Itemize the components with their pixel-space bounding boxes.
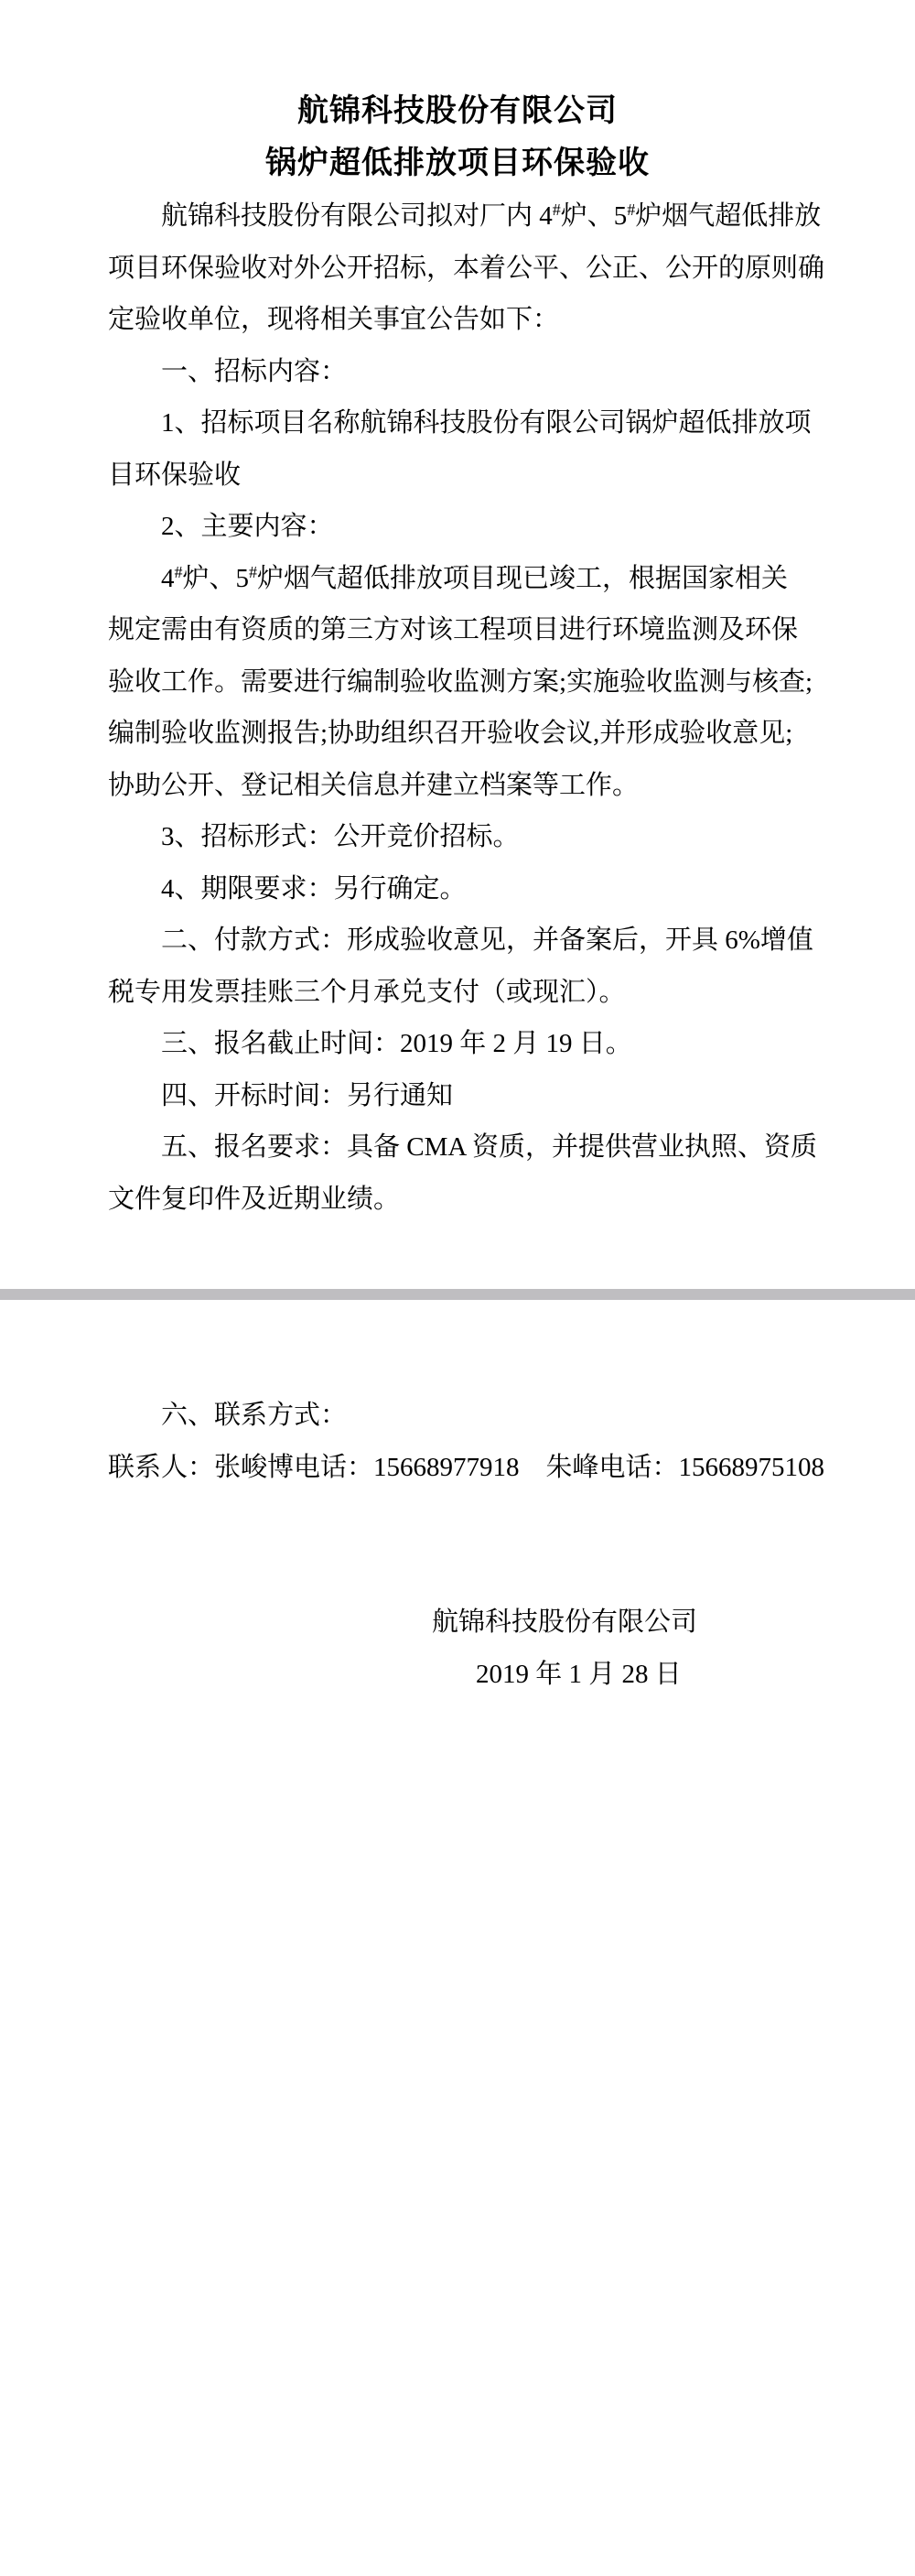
title-line-1: 航锦科技股份有限公司 xyxy=(0,85,915,137)
body-line: 三、报名截止时间：2019 年 2 月 19 日。 xyxy=(108,1018,831,1070)
body-line: 协助公开、登记相关信息并建立档案等工作。 xyxy=(108,760,831,812)
signature-company: 航锦科技股份有限公司 xyxy=(432,1596,697,1649)
superscript-hash: # xyxy=(627,200,635,219)
body-line: 一、招标内容： xyxy=(108,346,831,398)
body-line: 文件复印件及近期业绩。 xyxy=(108,1174,831,1226)
body-line: 二、付款方式：形成验收意见，并备案后，开具 6%增值 xyxy=(108,915,831,967)
body-line: 规定需由有资质的第三方对该工程项目进行环境监测及环保 xyxy=(108,604,831,656)
body-line: 编制验收监测报告;协助组织召开验收会议,并形成验收意见; xyxy=(108,708,831,760)
body-line: 4#炉、5#炉烟气超低排放项目现已竣工，根据国家相关 xyxy=(108,553,831,605)
contact-section: 六、联系方式： 联系人：张峻博电话：15668977918 朱峰电话：15668… xyxy=(108,1390,831,1493)
page-break-divider xyxy=(0,1289,915,1300)
body-line: 税专用发票挂账三个月承兑支付（或现汇）。 xyxy=(108,967,831,1019)
title-line-2: 锅炉超低排放项目环保验收 xyxy=(0,137,915,189)
contact-heading: 六、联系方式： xyxy=(108,1390,831,1442)
body-line: 验收工作。需要进行编制验收监测方案;实施验收监测与核查; xyxy=(108,656,831,709)
body-line: 2、主要内容： xyxy=(108,501,831,553)
body-line: 定验收单位，现将相关事宜公告如下： xyxy=(108,294,831,346)
superscript-hash: # xyxy=(553,200,561,219)
body-line: 目环保验收 xyxy=(108,449,831,502)
body-line: 3、招标形式：公开竞价招标。 xyxy=(108,811,831,863)
body-line: 1、招标项目名称航锦科技股份有限公司锅炉超低排放项 xyxy=(108,397,831,449)
body-line: 项目环保验收对外公开招标，本着公平、公正、公开的原则确 xyxy=(108,243,831,295)
body-line: 航锦科技股份有限公司拟对厂内 4#炉、5#炉烟气超低排放 xyxy=(108,190,831,243)
body-line: 4、期限要求：另行确定。 xyxy=(108,863,831,915)
contact-line: 联系人：张峻博电话：15668977918 朱峰电话：15668975108 xyxy=(108,1442,831,1494)
document-title: 航锦科技股份有限公司 锅炉超低排放项目环保验收 xyxy=(0,85,915,189)
page1-body: 航锦科技股份有限公司拟对厂内 4#炉、5#炉烟气超低排放项目环保验收对外公开招标… xyxy=(108,190,831,1225)
signature-date: 2019 年 1 月 28 日 xyxy=(476,1649,682,1701)
body-line: 四、开标时间：另行通知 xyxy=(108,1070,831,1122)
superscript-hash: # xyxy=(175,563,183,581)
body-line: 五、报名要求：具备 CMA 资质，并提供营业执照、资质 xyxy=(108,1121,831,1174)
superscript-hash: # xyxy=(249,563,257,581)
document-page: 航锦科技股份有限公司 锅炉超低排放项目环保验收 航锦科技股份有限公司拟对厂内 4… xyxy=(0,0,915,2576)
